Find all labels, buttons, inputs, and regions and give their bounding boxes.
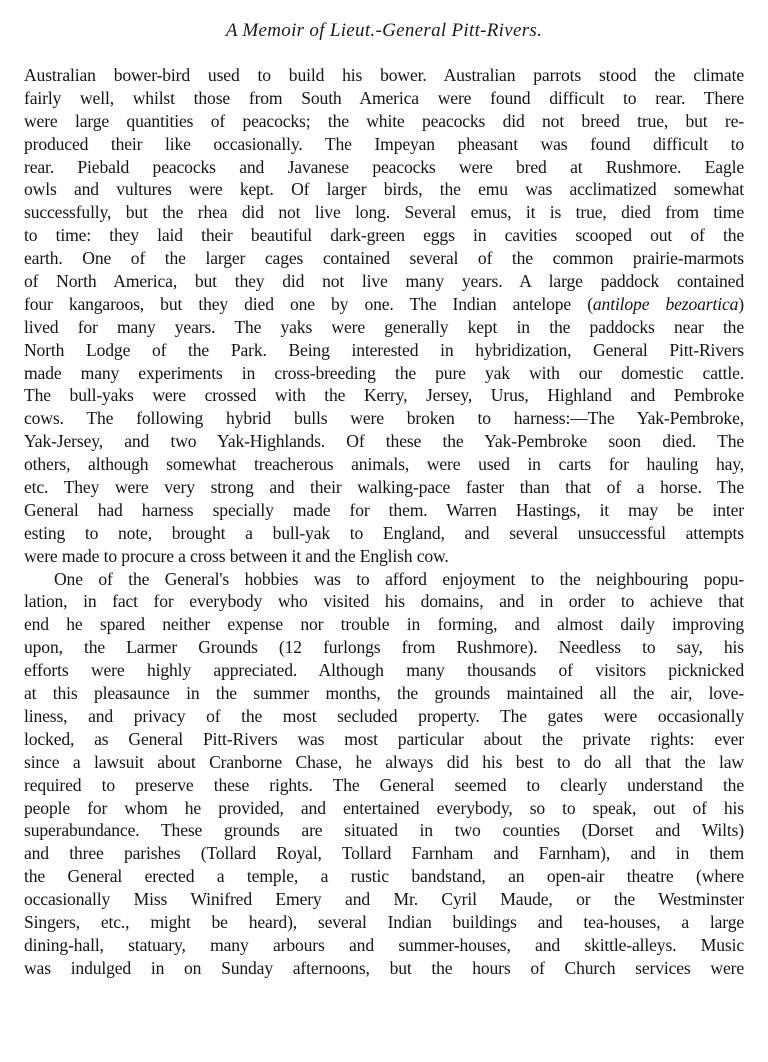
text-line-with-italic: four kangaroos, but they died one by one…: [24, 293, 744, 316]
text-line: the General erected a temple, a rustic b…: [24, 865, 744, 888]
text-fragment: four kangaroos, but they died one by one…: [24, 294, 593, 314]
body-text: Australian bower-bird used to build his …: [24, 64, 744, 980]
paragraph-1: Australian bower-bird used to build his …: [24, 64, 744, 568]
text-line: end he spared neither expense nor troubl…: [24, 613, 744, 636]
text-line: North Lodge of the Park. Being intereste…: [24, 339, 744, 362]
text-line: and three parishes (Tollard Royal, Tolla…: [24, 842, 744, 865]
text-line: since a lawsuit about Cranborne Chase, h…: [24, 751, 744, 774]
text-line: Australian bower-bird used to build his …: [24, 64, 744, 87]
document-page: A Memoir of Lieut.-General Pitt-Rivers. …: [0, 0, 768, 1062]
paragraph-2: One of the General's hobbies was to affo…: [24, 568, 744, 980]
text-line: required to preserve these rights. The G…: [24, 774, 744, 797]
text-line: occasionally Miss Winifred Emery and Mr.…: [24, 888, 744, 911]
text-line: were large quantities of peacocks; the w…: [24, 110, 744, 133]
text-line: dining-hall, statuary, many arbours and …: [24, 934, 744, 957]
text-line: Singers, etc., might be heard), several …: [24, 911, 744, 934]
text-line: earth. One of the larger cages contained…: [24, 247, 744, 270]
text-line: efforts were highly appreciated. Althoug…: [24, 659, 744, 682]
running-head: A Memoir of Lieut.-General Pitt-Rivers.: [0, 20, 768, 42]
text-line: locked, as General Pitt-Rivers was most …: [24, 728, 744, 751]
text-line: was indulged in on Sunday afternoons, bu…: [24, 957, 744, 980]
text-line: of North America, but they did not live …: [24, 270, 744, 293]
text-line: lived for many years. The yaks were gene…: [24, 316, 744, 339]
text-line: rear. Piebald peacocks and Javanese peac…: [24, 156, 744, 179]
text-line: liness, and privacy of the most secluded…: [24, 705, 744, 728]
italic-species-name: antilope bezoartica: [593, 294, 738, 314]
text-line: cows. The following hybrid bulls were br…: [24, 407, 744, 430]
text-line: owls and vultures were kept. Of larger b…: [24, 178, 744, 201]
text-line: Yak-Jersey, and two Yak-Highlands. Of th…: [24, 430, 744, 453]
text-line: One of the General's hobbies was to affo…: [24, 568, 744, 591]
text-line: at this pleasaunce in the summer months,…: [24, 682, 744, 705]
text-line: The bull-yaks were crossed with the Kerr…: [24, 384, 744, 407]
text-line: were made to procure a cross between it …: [24, 545, 744, 568]
text-line: lation, in fact for everybody who visite…: [24, 590, 744, 613]
text-line: to time: they laid their beautiful dark-…: [24, 224, 744, 247]
text-line: people for whom he provided, and enterta…: [24, 797, 744, 820]
text-line: fairly well, whilst those from South Ame…: [24, 87, 744, 110]
text-line: upon, the Larmer Grounds (12 furlongs fr…: [24, 636, 744, 659]
text-line: successfully, but the rhea did not live …: [24, 201, 744, 224]
text-line: General had harness specially made for t…: [24, 499, 744, 522]
text-line: esting to note, brought a bull-yak to En…: [24, 522, 744, 545]
text-line: etc. They were very strong and their wal…: [24, 476, 744, 499]
text-line: superabundance. These grounds are situat…: [24, 819, 744, 842]
text-line: others, although somewhat treacherous an…: [24, 453, 744, 476]
text-line: produced their like occasionally. The Im…: [24, 133, 744, 156]
text-fragment: ): [738, 294, 744, 314]
text-line: made many experiments in cross-breeding …: [24, 362, 744, 385]
